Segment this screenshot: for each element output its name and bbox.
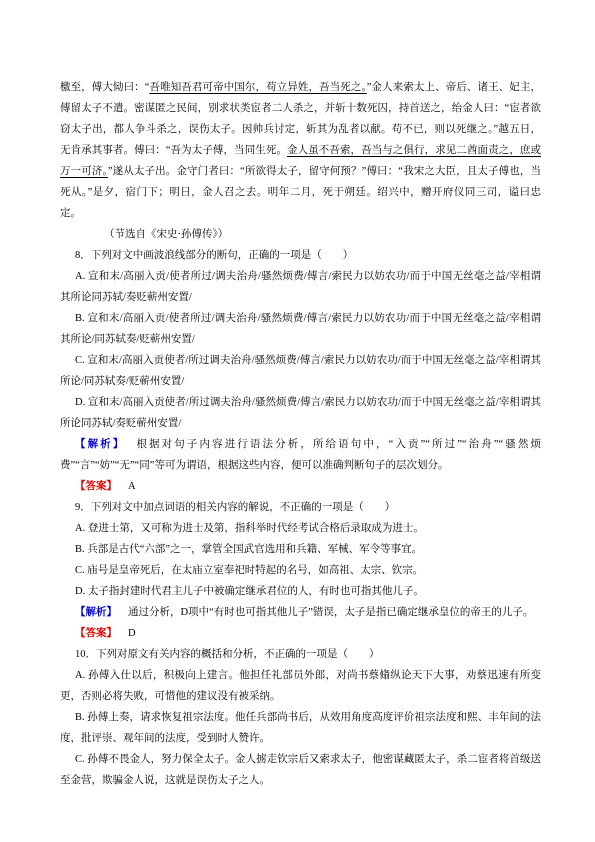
passage-paragraph: 檄至，傅大恸曰：“吾唯知吾君可帝中国尔，苟立异姓，吾当死之。”金人来索太上、帝后… (60, 77, 541, 224)
question-9-option-c: C. 庙号是皇帝死后，在太庙立室奉祀时特起的名号，如高祖、太宗、钦宗。 (60, 560, 541, 581)
document-page: 檄至，傅大恸曰：“吾唯知吾君可帝中国尔，苟立异姓，吾当死之。”金人来索太上、帝后… (0, 0, 595, 842)
question-9-option-d: D. 太子指封建时代君主儿子中被确定继承君位的人，有时也可指其他儿子。 (60, 581, 541, 602)
question-8-option-a: A. 宣和末/高丽入贡/使者所过/调夫治舟/骚然烦费/傅言/索民力以妨农功/而于… (60, 266, 541, 308)
question-10-option-a: A. 孙傅入仕以后，积极向上建言。他担任礼部员外郎，对尚书蔡翛纵论天下大事，劝蔡… (60, 665, 541, 707)
question-8-option-d: D. 宣和末/高丽入贡使者/所过调夫治舟/骚然烦费/傅言/索民力以妨农功/而于中… (60, 392, 541, 434)
question-10-stem: 10．下列对原文有关内容的概括和分析，不正确的一项是（ ） (60, 644, 541, 665)
question-9-stem: 9．下列对文中加点词语的相关内容的解说，不正确的一项是（ ） (60, 497, 541, 518)
question-9-analysis: 【解析】通过分析，D项中“有时也可指其他儿子”错误，太子是指已确定继承皇位的帝王… (60, 602, 541, 623)
analysis-text: 通过分析，D项中“有时也可指其他儿子”错误，太子是指已确定继承皇位的帝王的儿子。 (128, 607, 533, 618)
question-9-option-a: A. 登进士第，又可称为进士及第，指科举时代经考试合格后录取成为进士。 (60, 518, 541, 539)
passage-underlined-segment-1: 吾唯知吾君可帝中国尔，苟立异姓，吾当死之。 (149, 82, 366, 93)
question-10-option-c: C. 孙傅不畏金人，努力保全太子。金人掳走钦宗后又索求太子，他密谋藏匿太子，杀二… (60, 749, 541, 791)
answer-label: 【答案】 (75, 481, 117, 492)
question-8-answer: 【答案】A (60, 476, 541, 497)
question-8-option-b: B. 宣和末/高丽入贡/使者所过/调夫治舟/骚然烦费/傅言/索民力以妨农功/而于… (60, 308, 541, 350)
analysis-text: 根据对句子内容进行语法分析，所给语句中，“入贡”“所过”“治舟”“骚然烦费”“言… (60, 439, 541, 471)
question-9-answer: 【答案】D (60, 623, 541, 644)
answer-letter: A (128, 481, 136, 492)
question-8-analysis: 【解析】根据对句子内容进行语法分析，所给语句中，“入贡”“所过”“治舟”“骚然烦… (60, 434, 541, 476)
analysis-label: 【解析】 (75, 439, 125, 450)
passage-text-1: 檄至，傅大恸曰：“ (60, 82, 149, 93)
question-8-option-c: C. 宣和末/高丽入贡使者/所过调夫治舟/骚然烦费/傅言/索民力以妨农功/而于中… (60, 350, 541, 392)
source-citation: （节选自《宋史·孙傅传》） (60, 224, 541, 245)
question-9-option-b: B. 兵部是古代“六部”之一，掌管全国武官选用和兵籍、军械、军令等事宜。 (60, 539, 541, 560)
analysis-label: 【解析】 (75, 607, 117, 618)
question-10-option-b: B. 孙傅上奏，请求恢复祖宗法度。他任兵部尚书后，从效用角度高度评价祖宗法度和熙… (60, 707, 541, 749)
answer-letter: D (128, 628, 136, 639)
passage-text-3: ”遂从太子出。金守门者曰：“所欲得太子，留守何预？”傅曰：“我宋之大臣，且太子傅… (60, 166, 541, 219)
answer-label: 【答案】 (75, 628, 117, 639)
question-8-stem: 8．下列对文中画波浪线部分的断句，正确的一项是（ ） (60, 245, 541, 266)
